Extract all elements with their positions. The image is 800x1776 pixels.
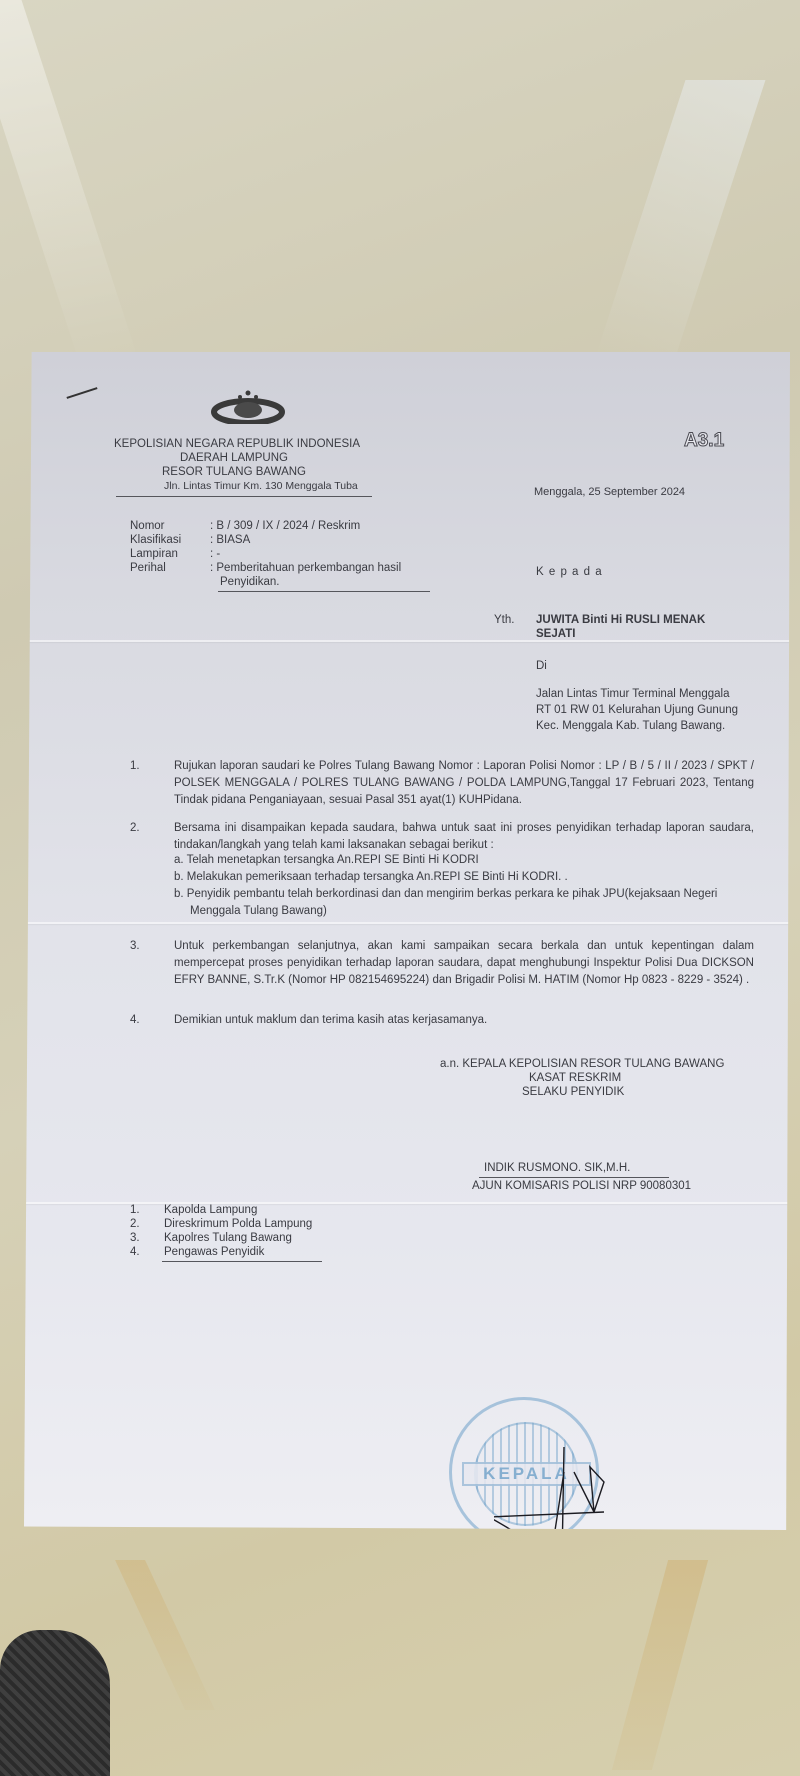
cc-number: 2. <box>130 1218 140 1230</box>
item-number: 3. <box>130 940 140 952</box>
body-paragraph-2: Bersama ini disampaikan kepada saudara, … <box>174 820 754 854</box>
signatory-underline <box>479 1177 669 1178</box>
subitem: a. Telah menetapkan tersangka An.REPI SE… <box>174 854 479 866</box>
item-number: 1. <box>130 760 140 772</box>
cc-number: 3. <box>130 1232 140 1244</box>
klasifikasi-value: : BIASA <box>210 534 250 546</box>
recipient-name-2: SEJATI <box>536 628 575 640</box>
cc-number: 4. <box>130 1246 140 1258</box>
yth-label: Yth. <box>494 614 514 626</box>
background-stain <box>115 1560 215 1710</box>
paper-fold <box>24 922 790 924</box>
cc-number: 1. <box>130 1204 140 1216</box>
body-paragraph-1: Rujukan laporan saudari ke Polres Tulang… <box>174 758 754 809</box>
org-address: Jln. Lintas Timur Km. 130 Menggala Tuba <box>164 480 358 492</box>
form-code: A3.1 <box>684 430 724 452</box>
signatory-rank: AJUN KOMISARIS POLISI NRP 90080301 <box>472 1180 691 1192</box>
body-paragraph-4: Demikian untuk maklum dan terima kasih a… <box>174 1014 487 1026</box>
nomor-label: Nomor <box>130 520 165 532</box>
signature-line-3: SELAKU PENYIDIK <box>522 1086 624 1098</box>
recipient-address-3: Kec. Menggala Kab. Tulang Bawang. <box>536 720 725 732</box>
org-line-1: KEPOLISIAN NEGARA REPUBLIK INDONESIA <box>114 438 354 450</box>
letter-date: Menggala, 25 September 2024 <box>534 486 685 498</box>
cc-recipient: Kapolda Lampung <box>164 1204 257 1216</box>
cc-underline <box>162 1261 322 1262</box>
body-paragraph-3: Untuk perkembangan selanjutnya, akan kam… <box>174 938 754 989</box>
perihal-underline <box>218 591 430 592</box>
recipient-address-2: RT 01 RW 01 Kelurahan Ujung Gunung <box>536 704 738 716</box>
kepada-label: K e p a d a <box>536 566 603 578</box>
pen-mark <box>66 387 97 399</box>
phone-corner <box>0 1630 110 1776</box>
subitem: b. Melakukan pemeriksaan terhadap tersan… <box>174 871 568 883</box>
signatory-name: INDIK RUSMONO. SIK,M.H. <box>484 1162 630 1174</box>
item-number: 4. <box>130 1014 140 1026</box>
lampiran-value: : - <box>210 548 220 560</box>
subitem-continuation: Menggala Tulang Bawang) <box>190 905 327 917</box>
letter-document: KEPOLISIAN NEGARA REPUBLIK INDONESIA DAE… <box>24 352 790 1530</box>
recipient-address-1: Jalan Lintas Timur Terminal Menggala <box>536 688 729 700</box>
cc-recipient: Pengawas Penyidik <box>164 1246 264 1258</box>
di-label: Di <box>536 660 547 672</box>
subitem: b. Penyidik pembantu telah berkordinasi … <box>174 888 717 900</box>
handwritten-signature <box>494 1442 644 1572</box>
nomor-value: : B / 309 / IX / 2024 / Reskrim <box>210 520 360 532</box>
klasifikasi-label: Klasifikasi <box>130 534 181 546</box>
perihal-value-1: : Pemberitahuan perkembangan hasil <box>210 562 401 574</box>
cc-recipient: Kapolres Tulang Bawang <box>164 1232 292 1244</box>
org-line-2: DAERAH LAMPUNG <box>114 452 354 464</box>
perihal-label: Perihal <box>130 562 166 574</box>
perihal-value-2: Penyidikan. <box>220 576 279 588</box>
paper-fold <box>24 640 790 642</box>
cc-recipient: Direskrimum Polda Lampung <box>164 1218 312 1230</box>
recipient-name-1: JUWITA Binti Hi RUSLI MENAK <box>536 614 705 626</box>
background-marble-streak <box>0 0 138 360</box>
police-emblem-icon <box>210 388 286 424</box>
lampiran-label: Lampiran <box>130 548 178 560</box>
letterhead-divider <box>116 496 372 497</box>
item-number: 2. <box>130 822 140 834</box>
org-line-3: RESOR TULANG BAWANG <box>114 466 354 478</box>
background-stain <box>612 1560 708 1770</box>
background-marble-streak <box>595 80 766 360</box>
signature-line-2: KASAT RESKRIM <box>529 1072 621 1084</box>
signature-line-1: a.n. KEPALA KEPOLISIAN RESOR TULANG BAWA… <box>440 1058 724 1070</box>
